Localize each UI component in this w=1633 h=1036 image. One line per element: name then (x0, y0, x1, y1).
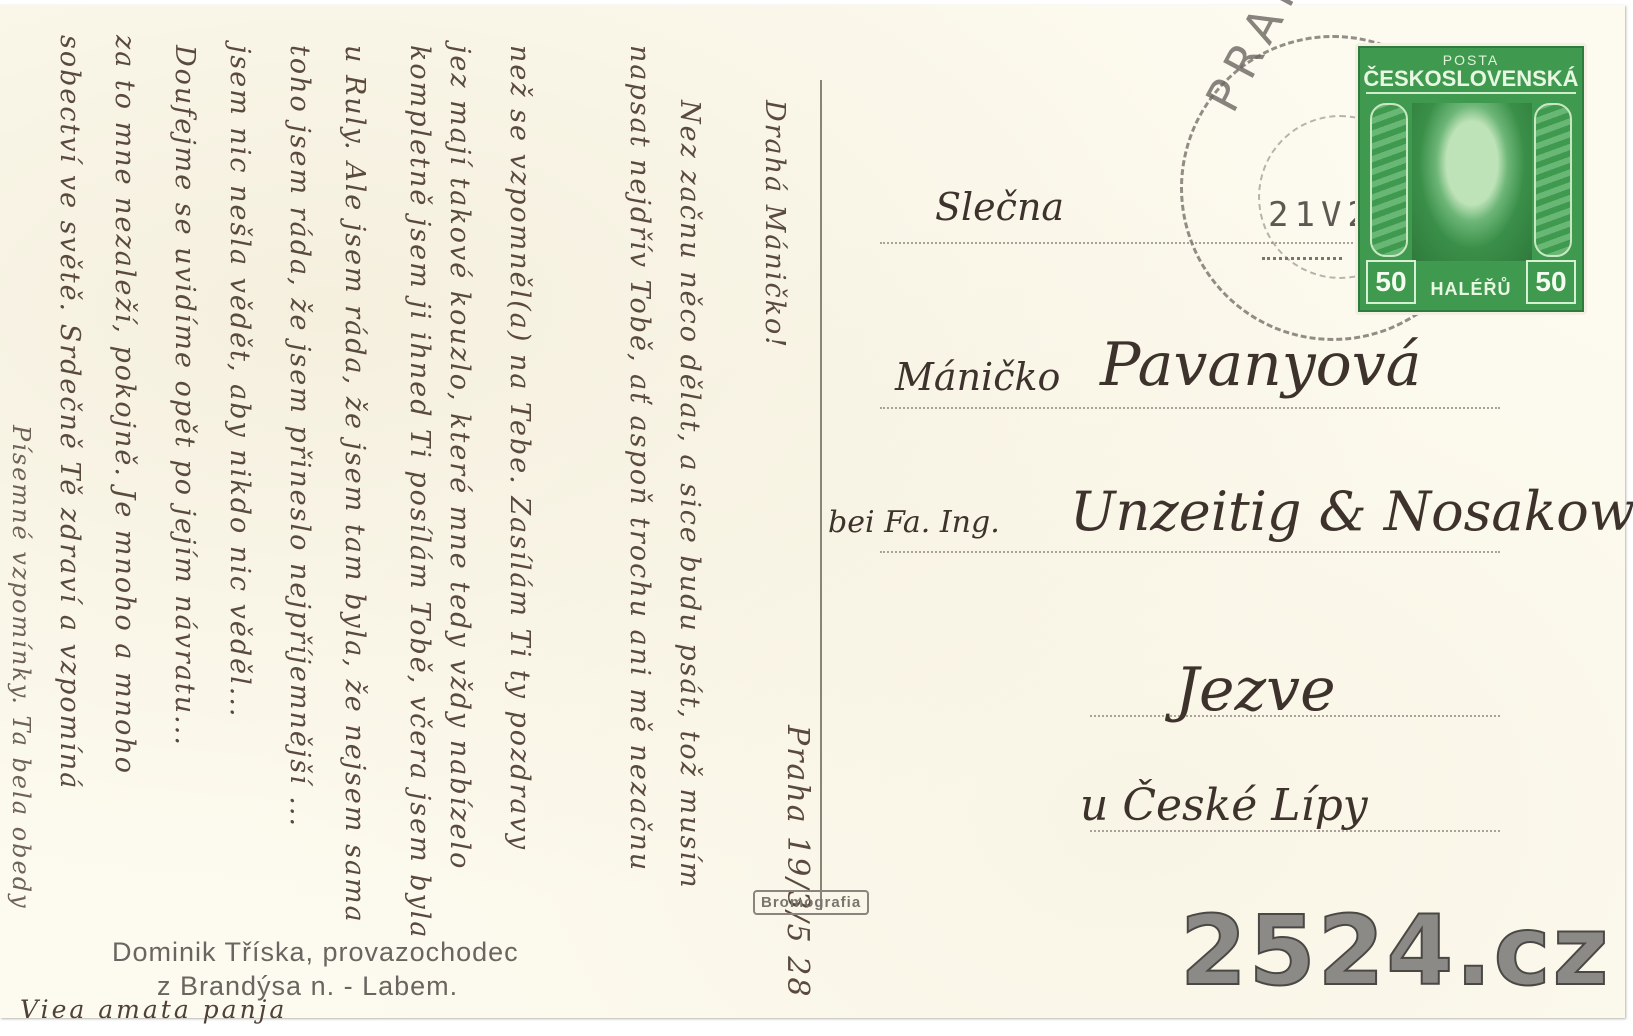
closing-signature: Viea amata panja (20, 995, 287, 1024)
address-line-rule (880, 407, 1500, 409)
message-line: toho jsem ráda, že jsem přineslo nejpříj… (284, 45, 315, 828)
message-line: než se vzpomněl(a) na Tebe. Zasílám Ti t… (504, 45, 535, 851)
address-town: Jezve (1175, 655, 1336, 725)
site-watermark: 2524.cz (1180, 895, 1610, 1007)
laurel-left-icon (1370, 103, 1408, 257)
address-care-of: bei Fa. Ing. (828, 505, 1000, 540)
message-line: Nez začnu něco dělat, a sice budu psát, … (674, 100, 705, 890)
message-line: sobectví ve světě. Srdečně Tě zdraví a v… (54, 35, 85, 790)
message-date: Praha 19/3/5 28 (780, 725, 815, 998)
address-line-rule (880, 551, 1500, 553)
postage-stamp: POSTA ČESKOSLOVENSKÁ 50 HALÉŘŮ 50 (1355, 43, 1587, 315)
address-region: u České Lípy (1080, 780, 1368, 831)
stamp-country: ČESKOSLOVENSKÁ (1360, 66, 1582, 92)
message-line: za to mne nezaleží, pokojně. Je mnoho a … (109, 35, 140, 775)
address-company: Unzeitig & Nosakowitz (1070, 480, 1633, 543)
stamp-denomination: HALÉŘŮ (1420, 279, 1522, 300)
stamp-value-left: 50 (1366, 260, 1416, 304)
stamp-value-right: 50 (1526, 260, 1576, 304)
message-salutation: Drahá Máničko! (759, 100, 790, 349)
postmark-dash (1262, 257, 1342, 260)
message-line: Písemné vzpomínky. Ta bela obedy (7, 425, 35, 910)
address-surname: Pavanyová (1100, 330, 1421, 400)
publisher-mark: Bromografia (753, 890, 869, 915)
card-divider (820, 80, 822, 910)
laurel-right-icon (1534, 103, 1572, 257)
stamp-rule (1366, 92, 1576, 94)
postcard: Drahá Máničko! Nez začnu něco dělat, a s… (0, 5, 1625, 1018)
message-line: napsat nejdřív Tobě, ať aspoň trochu ani… (624, 45, 655, 872)
stamp-portrait-icon (1412, 103, 1532, 261)
message-line: Doufejme se uvidíme opět po jejím návrat… (169, 45, 200, 747)
message-line: u Ruly. Ale jsem ráda, že jsem tam byla,… (339, 45, 370, 924)
address-given-name: Máničko (895, 355, 1060, 399)
message-line: jez mají takové kouzlo, které mne tedy v… (444, 45, 475, 870)
address-salutation: Slečna (935, 185, 1064, 229)
message-line: jsem nic nešla vědět, aby nikdo nic vědě… (224, 45, 255, 719)
message-line: kompletně jsem ji ihned Ti posílám Tobě,… (404, 45, 435, 940)
printed-sender-line1: Dominik Tříska, provazochodec (112, 937, 519, 968)
